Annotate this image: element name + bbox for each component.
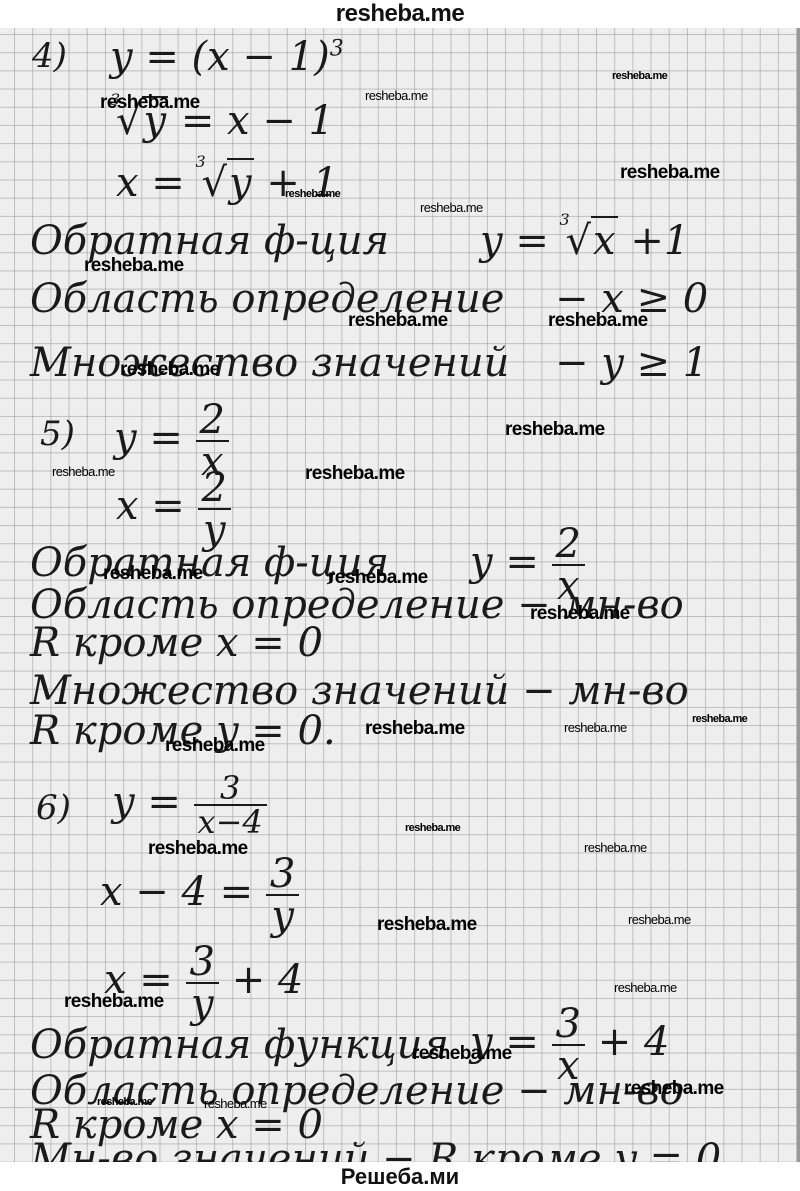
watermark: resheba.me <box>365 718 465 740</box>
watermark: resheba.me <box>100 92 200 114</box>
watermark: resheba.me <box>692 713 747 725</box>
watermark: resheba.me <box>285 188 340 200</box>
task-4-range-label: Множество значений <box>30 340 509 386</box>
watermark: resheba.me <box>628 912 691 927</box>
task-4-given-rhs: (x − 1) <box>192 34 330 80</box>
cube-root: 3√y <box>198 160 254 206</box>
task-4-inverse-formula: y = 3√x +1 <box>480 218 689 264</box>
watermark: resheba.me <box>420 200 483 215</box>
watermark: resheba.me <box>97 1096 152 1108</box>
task-6-label: 6) <box>36 788 71 828</box>
task-5-label: 5) <box>40 414 75 454</box>
watermark: resheba.me <box>377 914 477 936</box>
watermark: resheba.me <box>103 563 203 585</box>
task-5-domain-line2: R кроме x = 0 <box>30 620 323 666</box>
watermark: resheba.me <box>64 991 164 1013</box>
task-4-label: 4) <box>32 36 67 76</box>
watermark: resheba.me <box>328 567 428 589</box>
watermark: resheba.me <box>505 419 605 441</box>
watermark: resheba.me <box>564 720 627 735</box>
task-4-range-value: − y ≥ 1 <box>555 340 708 386</box>
watermark: resheba.me <box>165 735 265 757</box>
watermark: resheba.me <box>614 980 677 995</box>
cube-root: 3√x <box>562 218 618 264</box>
task-4-given-lhs: y = <box>110 34 179 80</box>
task-5-step2: x = 2y <box>116 468 231 550</box>
watermark: resheba.me <box>84 255 184 277</box>
watermark: resheba.me <box>305 463 405 485</box>
fraction: 3y <box>266 854 299 936</box>
watermark: resheba.me <box>365 88 428 103</box>
fraction: 3x−4 <box>194 772 267 838</box>
watermark: resheba.me <box>548 310 648 332</box>
watermark: resheba.me <box>405 822 460 834</box>
watermark: resheba.me <box>612 70 667 82</box>
watermark: resheba.me <box>584 840 647 855</box>
task-4-given-exponent: 3 <box>330 37 344 62</box>
watermark: resheba.me <box>412 1043 512 1065</box>
task-6-range-line: Мн-во значений − R кроме y = 0 <box>30 1136 721 1162</box>
task-4-step2-rhs: = x − 1 <box>181 98 334 144</box>
task-6-inverse-label: Обратная функция <box>30 1022 449 1068</box>
site-header: resheba.me <box>0 0 800 28</box>
fraction: 3y <box>186 942 219 1024</box>
task-6-given: y = 3x−4 <box>112 772 267 838</box>
watermark: resheba.me <box>348 310 448 332</box>
notebook-page: 4) y = (x − 1)3 3√y = x − 1 x = 3√y + 1 … <box>0 28 800 1162</box>
watermark: resheba.me <box>204 1096 267 1111</box>
watermark: resheba.me <box>624 1078 724 1100</box>
site-footer: Решеба.ми <box>0 1162 800 1191</box>
task-4-given: y = (x − 1)3 <box>110 34 344 80</box>
watermark: resheba.me <box>530 603 630 625</box>
watermark: resheba.me <box>120 359 220 381</box>
watermark: resheba.me <box>620 162 720 184</box>
watermark: resheba.me <box>52 464 115 479</box>
task-6-step2: x − 4 = 3y <box>100 854 299 936</box>
watermark: resheba.me <box>148 838 248 860</box>
fraction: 2y <box>198 468 231 550</box>
